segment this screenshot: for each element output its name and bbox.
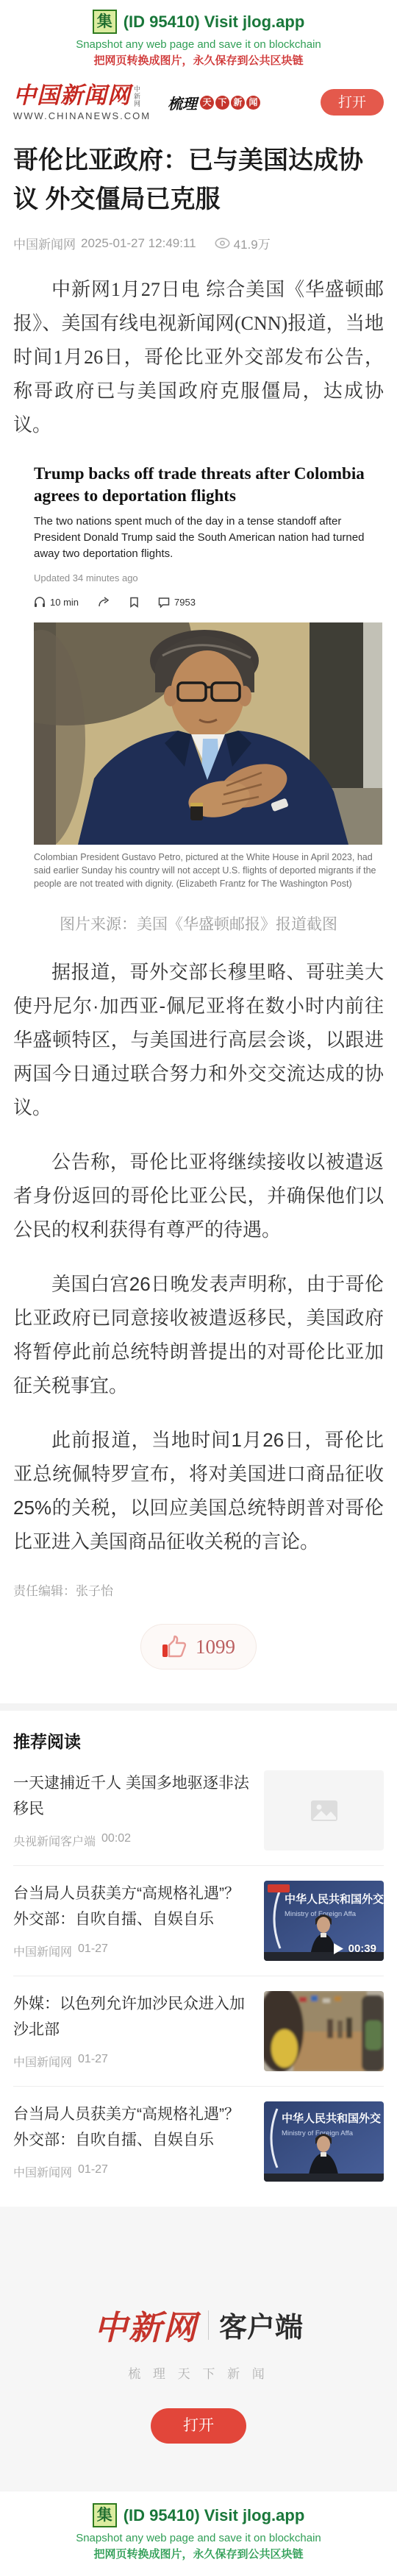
paragraph-3: 公告称，哥伦比亚将继续接收以被遣返者身份返回的哥伦比亚公民，并确保他们以公民的权… bbox=[13, 1145, 384, 1246]
chinanews-url: WWW.CHINANEWS.COM bbox=[13, 111, 153, 121]
headphones-icon bbox=[34, 597, 46, 608]
recommended-item-2[interactable]: 台当局人员获美方“高规格礼遇”？外交部：自吹自擂、自娱自乐 中国新闻网 01-2… bbox=[13, 1866, 384, 1976]
recommended-item-date: 01-27 bbox=[78, 1942, 108, 1959]
article: 哥伦比亚政府：已与美国达成协议 外交僵局已克服 中国新闻网 2025-01-27… bbox=[0, 141, 397, 442]
view-count: 41.9万 bbox=[234, 234, 271, 252]
footer-open-button[interactable]: 打开 bbox=[151, 2408, 246, 2444]
recommended-section: 推荐阅读 一天逮捕近千人 美国多地驱逐非法移民 央视新闻客户端 00:02 bbox=[0, 1728, 397, 2196]
promo-line-en: Snapshot any web page and save it on blo… bbox=[0, 38, 397, 51]
promo-banner-top[interactable]: 集 (ID 95410) Visit jlog.app Snapshot any… bbox=[0, 0, 397, 77]
section-divider bbox=[0, 1703, 397, 1711]
eye-icon bbox=[215, 238, 230, 249]
site-header: 中国新闻网 中新网 WWW.CHINANEWS.COM 梳理 天 下 新 闻 打… bbox=[0, 77, 397, 131]
footer-slogan: 梳 理 天 下 新 闻 bbox=[0, 2363, 397, 2382]
video-logo-badge bbox=[268, 1884, 290, 1892]
like-count: 1099 bbox=[196, 1636, 235, 1658]
image-placeholder-icon bbox=[310, 1800, 338, 1822]
recommended-item-date: 00:02 bbox=[101, 1832, 131, 1849]
footer-logo: 中新网 bbox=[94, 2301, 198, 2349]
thumbnail-mofa-video[interactable]: 中华人民共和国外交 Ministry of Foreign Affa 00:39 bbox=[264, 1881, 384, 1961]
slogan-char-2: 下 bbox=[215, 96, 229, 110]
ji-logo-icon: 集 bbox=[93, 2503, 117, 2527]
petro-photo bbox=[34, 622, 382, 845]
paragraph-5: 此前报道，当地时间1月26日，哥伦比亚总统佩特罗宣布，将对美国进口商品征收25%… bbox=[13, 1423, 384, 1558]
recommended-item-date: 01-27 bbox=[78, 2163, 108, 2180]
bookmark-icon bbox=[129, 597, 139, 608]
recommended-item-source: 中国新闻网 bbox=[13, 1942, 72, 1959]
recommended-item-date: 01-27 bbox=[78, 2053, 108, 2070]
slogan-prefix: 梳理 bbox=[168, 92, 197, 113]
paragraph-1: 中新网1月27日电 综合美国《华盛顿邮报》、美国有线电视新闻网(CNN)报道，当… bbox=[13, 273, 384, 442]
wapo-dek: The two nations spent much of the day in… bbox=[34, 514, 382, 562]
paragraph-2: 据报道，哥外交部长穆里略、哥驻美大使丹尼尔·加西亚-佩尼亚将在数小时内前往华盛顿… bbox=[13, 955, 384, 1124]
editor-line: 责任编辑：张子怡 bbox=[0, 1580, 397, 1599]
wapo-comment-count: 7953 bbox=[174, 597, 196, 608]
page: 集 (ID 95410) Visit jlog.app Snapshot any… bbox=[0, 0, 397, 2576]
thumbnail-placeholder[interactable] bbox=[264, 1770, 384, 1851]
wapo-photo-caption: Colombian President Gustavo Petro, pictu… bbox=[34, 851, 382, 890]
promo-title: (ID 95410) Visit jlog.app bbox=[124, 2506, 305, 2525]
recommended-item-4[interactable]: 台当局人员获美方“高规格礼遇”？外交部：自吹自擂、自娱自乐 中国新闻网 01-2… bbox=[13, 2087, 384, 2196]
thumbnail-mofa-photo[interactable]: 中华人民共和国外交 Ministry of Foreign Affa bbox=[264, 2101, 384, 2182]
chinanews-side-text: 中新网 bbox=[133, 85, 140, 107]
article-meta: 中国新闻网 2025-01-27 12:49:11 41.9万 bbox=[13, 234, 384, 252]
thumbnail-gaza[interactable] bbox=[264, 1991, 384, 2071]
comment-icon bbox=[158, 597, 170, 608]
recommended-item-3[interactable]: 外媒：以色列允许加沙民众进入加沙北部 中国新闻网 01-27 bbox=[13, 1976, 384, 2087]
recommended-item-source: 中国新闻网 bbox=[13, 2163, 72, 2180]
wapo-updated: Updated 34 minutes ago bbox=[34, 572, 382, 583]
chinanews-wordmark: 中国新闻网 bbox=[13, 84, 131, 107]
slogan-char-4: 闻 bbox=[246, 96, 260, 110]
promo-line-cn: 把网页转换成图片，永久保存到公共区块链 bbox=[0, 52, 397, 68]
article-body-rest: 据报道，哥外交部长穆里略、哥驻美大使丹尼尔·加西亚-佩尼亚将在数小时内前往华盛顿… bbox=[0, 955, 397, 1558]
slogan-char-1: 天 bbox=[200, 96, 214, 110]
article-title: 哥伦比亚政府：已与美国达成协议 外交僵局已克服 bbox=[13, 141, 384, 219]
wapo-headline: Trump backs off trade threats after Colo… bbox=[34, 463, 382, 507]
footer-separator bbox=[208, 2310, 209, 2340]
play-icon bbox=[333, 1942, 344, 1955]
like-button[interactable]: 1099 bbox=[140, 1624, 257, 1670]
slogan-char-3: 新 bbox=[231, 96, 245, 110]
thumbs-up-icon bbox=[162, 1635, 187, 1658]
image-source-caption: 图片来源：美国《华盛顿邮报》报道截图 bbox=[13, 912, 384, 934]
ji-logo-icon: 集 bbox=[93, 10, 117, 34]
recommended-item-title: 台当局人员获美方“高规格礼遇”？外交部：自吹自擂、自娱自乐 bbox=[13, 2101, 252, 2153]
open-app-button[interactable]: 打开 bbox=[321, 89, 384, 116]
recommended-item-title: 一天逮捕近千人 美国多地驱逐非法移民 bbox=[13, 1770, 252, 1822]
video-duration: 00:39 bbox=[348, 1942, 376, 1955]
promo-banner-bottom[interactable]: 集 (ID 95410) Visit jlog.app Snapshot any… bbox=[0, 2491, 397, 2576]
recommended-item-1[interactable]: 一天逮捕近千人 美国多地驱逐非法移民 央视新闻客户端 00:02 bbox=[13, 1756, 384, 1866]
share-icon bbox=[98, 597, 110, 608]
chinanews-logo[interactable]: 中国新闻网 中新网 WWW.CHINANEWS.COM bbox=[13, 84, 153, 121]
recommended-item-source: 中国新闻网 bbox=[13, 2053, 72, 2070]
paragraph-4: 美国白宫26日晚发表声明称，由于哥伦比亚政府已同意接收被遣返移民，美国政府将暂停… bbox=[13, 1267, 384, 1402]
promo-line-en: Snapshot any web page and save it on blo… bbox=[0, 2532, 397, 2544]
recommended-heading: 推荐阅读 bbox=[13, 1728, 384, 1753]
article-source: 中国新闻网 bbox=[13, 234, 76, 252]
app-footer: 中新网 客户端 梳 理 天 下 新 闻 打开 bbox=[0, 2207, 397, 2491]
wapo-listen-time: 10 min bbox=[50, 597, 79, 608]
thumb-text-cn: 中华人民共和国外交 bbox=[285, 1892, 384, 1906]
promo-line-cn: 把网页转换成图片，永久保存到公共区块链 bbox=[0, 2546, 397, 2561]
wapo-toolbar: 10 min 7953 bbox=[34, 597, 382, 608]
footer-app-label: 客户端 bbox=[219, 2304, 303, 2345]
slogan-logo: 梳理 天 下 新 闻 bbox=[168, 92, 260, 113]
recommended-item-source: 央视新闻客户端 bbox=[13, 1832, 96, 1849]
recommended-item-title: 台当局人员获美方“高规格礼遇”？外交部：自吹自擂、自娱自乐 bbox=[13, 1881, 252, 1932]
article-time: 2025-01-27 12:49:11 bbox=[81, 236, 196, 251]
promo-title: (ID 95410) Visit jlog.app bbox=[124, 13, 305, 32]
thumb-text-cn: 中华人民共和国外交 bbox=[282, 2112, 381, 2125]
recommended-item-title: 外媒：以色列允许加沙民众进入加沙北部 bbox=[13, 1991, 252, 2043]
wapo-embed-screenshot: Trump backs off trade threats after Colo… bbox=[34, 463, 382, 890]
